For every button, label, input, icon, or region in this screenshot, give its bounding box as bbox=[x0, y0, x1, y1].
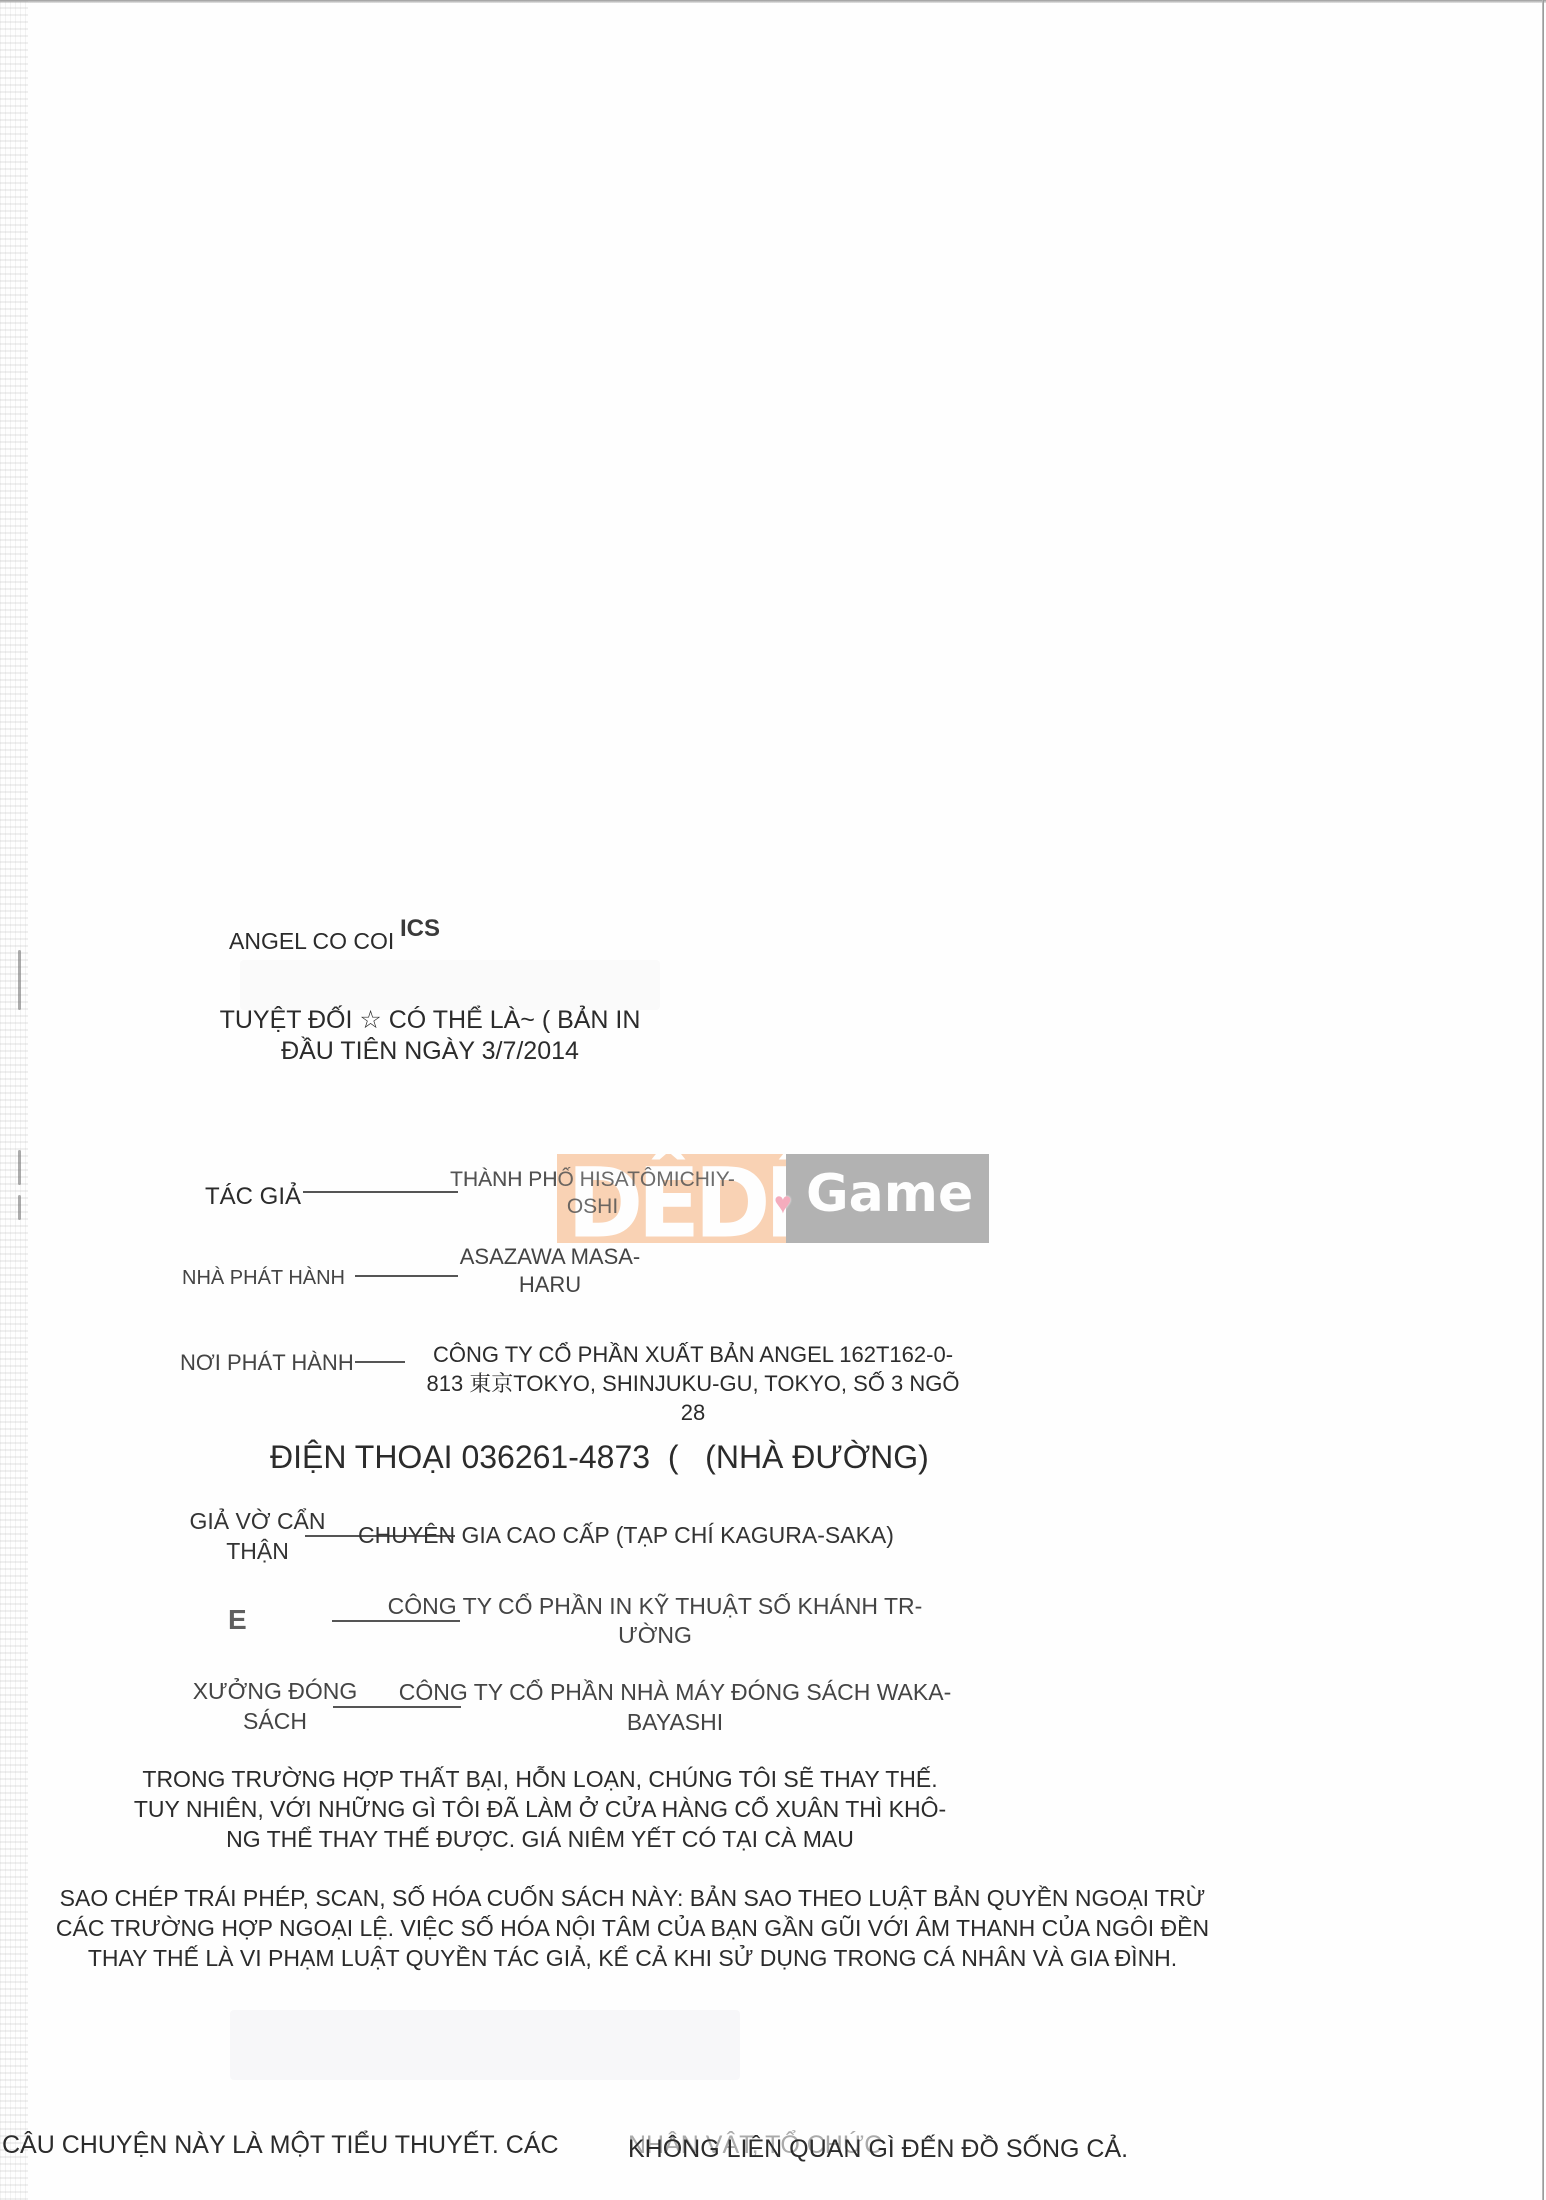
credit-leader-line bbox=[332, 1620, 460, 1622]
scan-mark bbox=[18, 1150, 21, 1185]
watermark-game-text: Game bbox=[806, 1168, 973, 1220]
watermark-right-block: ♥ Game bbox=[786, 1154, 989, 1243]
heart-icon: ♥ bbox=[774, 1189, 792, 1219]
credit-leader-line bbox=[303, 1191, 458, 1193]
phone-line: ĐIỆN THOẠI 036261-4873 ( (NHÀ ĐƯỜNG) bbox=[270, 1441, 929, 1473]
copyright-notice-line-2: CÁC TRƯỜNG HỢP NGOẠI LỆ. VIỆC SỐ HÓA NỘI… bbox=[0, 1917, 1265, 1940]
scan-right-edge bbox=[1542, 0, 1544, 2200]
copyright-notice-line-3: THAY THẾ LÀ VI PHẠM LUẬT QUYỀN TÁC GIẢ, … bbox=[0, 1947, 1265, 1970]
replacement-notice-line-1: TRONG TRƯỜNG HỢP THẤT BẠI, HỖN LOẠN, CHÚ… bbox=[100, 1768, 980, 1791]
credit-value-place-line-3: 28 bbox=[393, 1402, 993, 1424]
credit-value-printer-line-2: ƯỜNG bbox=[340, 1624, 970, 1647]
colophon-page: ANGEL CO COI ICS TUYỆT ĐỐI ☆ CÓ THỂ LÀ~ … bbox=[0, 0, 1546, 2200]
fiction-notice-part-1: CÂU CHUYỆN NÀY LÀ MỘT TIỂU THUYẾT. CÁC bbox=[2, 2133, 559, 2158]
fiction-notice-part-2: KHÔNG LIÊN QUAN GÌ ĐẾN ĐỒ SỐNG CẢ. bbox=[628, 2137, 1128, 2162]
credit-label-author: TÁC GIẢ bbox=[205, 1185, 301, 1209]
book-title-line-2: ĐẦU TIÊN NGÀY 3/7/2014 bbox=[200, 1039, 660, 1064]
whiteout-smudge bbox=[240, 960, 660, 1010]
credit-value-binder-line-2: BAYASHI bbox=[380, 1711, 970, 1734]
credit-label-publisher: NHÀ PHÁT HÀNH bbox=[182, 1268, 345, 1288]
replacement-notice-line-2: TUY NHIÊN, VỚI NHỮNG GÌ TÔI ĐÃ LÀM Ở CỬA… bbox=[100, 1798, 980, 1821]
credit-label-place: NƠI PHÁT HÀNH bbox=[180, 1352, 354, 1374]
credit-leader-line bbox=[333, 1706, 461, 1708]
imprint-label: ANGEL CO COI bbox=[229, 930, 394, 953]
scan-left-noise bbox=[0, 0, 28, 2200]
book-title-line-1: TUYỆT ĐỐI ☆ CÓ THỂ LÀ~ ( BẢN IN bbox=[200, 1008, 660, 1033]
whiteout-smudge bbox=[230, 2010, 740, 2080]
credit-label-editor-line-1: GIẢ VỜ CẨN bbox=[170, 1510, 345, 1533]
credit-value-printer-line-1: CÔNG TY CỔ PHẦN IN KỸ THUẬT SỐ KHÁNH TR- bbox=[340, 1595, 970, 1618]
credit-label-editor-line-2: THẬN bbox=[170, 1540, 345, 1563]
credit-label-binder-line-2: SÁCH bbox=[175, 1710, 375, 1733]
scan-top-edge bbox=[0, 0, 1546, 3]
credit-value-editor: CHUYÊN GIA CAO CẤP (TẠP CHÍ KAGURA-SAKA) bbox=[358, 1524, 894, 1547]
copyright-notice-line-1: SAO CHÉP TRÁI PHÉP, SCAN, SỐ HÓA CUỐN SÁ… bbox=[0, 1887, 1265, 1910]
replacement-notice-line-3: NG THỂ THAY THẾ ĐƯỢC. GIÁ NIÊM YẾT CÓ TẠ… bbox=[100, 1828, 980, 1851]
credit-value-author-overlay-2: OSHI bbox=[420, 1196, 765, 1217]
scan-mark bbox=[18, 950, 21, 1010]
credit-label-printer: E bbox=[228, 1606, 247, 1634]
scan-mark bbox=[18, 1195, 21, 1220]
credit-value-author-overlay-1: THÀNH PHỐ HISATÔMICHIY- bbox=[420, 1169, 765, 1190]
credit-value-binder-line-1: CÔNG TY CỔ PHẦN NHÀ MÁY ĐÓNG SÁCH WAKA- bbox=[380, 1681, 970, 1704]
credit-value-publisher-line-1: ASAZAWA MASA- bbox=[430, 1246, 670, 1268]
credit-value-publisher-line-2: HARU bbox=[430, 1274, 670, 1296]
imprint-overlay: ICS bbox=[400, 917, 440, 941]
credit-label-binder-line-1: XƯỞNG ĐÓNG bbox=[175, 1680, 375, 1703]
credit-value-place-line-1: CÔNG TY CỔ PHẦN XUẤT BẢN ANGEL 162T162-0… bbox=[393, 1344, 993, 1366]
credit-value-place-line-2: 813 東京TOKYO, SHINJUKU-GU, TOKYO, SỐ 3 NG… bbox=[393, 1373, 993, 1395]
